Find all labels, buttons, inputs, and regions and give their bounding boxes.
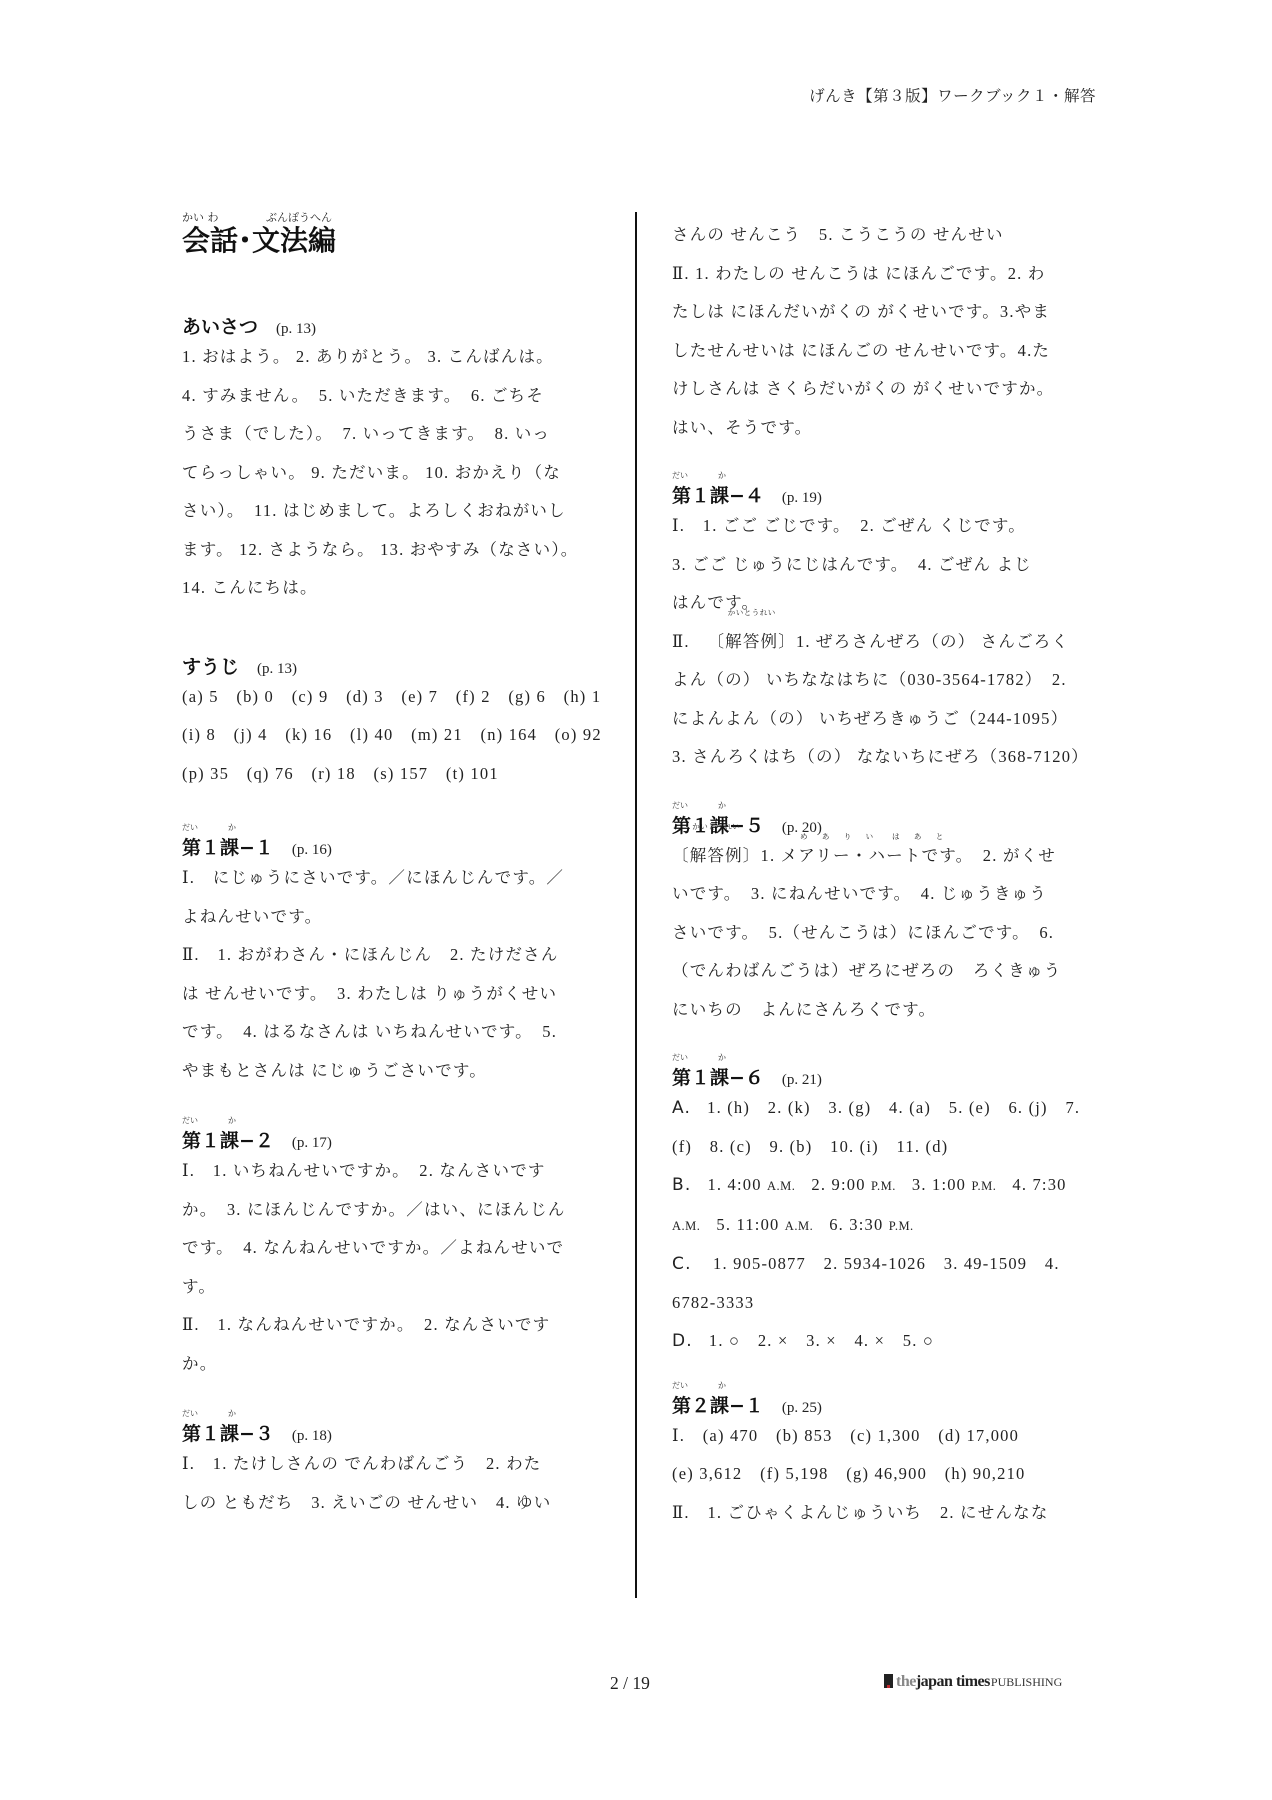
answer-line: はい、そうです。 (672, 409, 1092, 448)
furigana-dai: だい (182, 823, 198, 833)
section-heading: 第１課−２ (p. 17) (182, 1126, 602, 1152)
main-title-furigana: かい わ ぶんぽうへん (182, 212, 602, 224)
answer-text: かいとうれい〔解答例〕1. メアリー・ハートです。 2. がくせ め あ り い… (672, 837, 1092, 1030)
answer-line: C. 1. 905-0877 2. 5934-1026 3. 49-1509 4… (672, 1245, 1092, 1284)
logo-the: the (896, 1673, 916, 1691)
logo-japan-times: japan times (916, 1673, 990, 1691)
answer-line: Ⅰ. にじゅうにさいです。／にほんじんです。／ (182, 859, 602, 898)
answer-text: 1. おはよう。 2. ありがとう。 3. こんばんは。 4. すみません。 5… (182, 338, 602, 608)
furigana-ka: か (718, 1381, 726, 1391)
page-reference: (p. 19) (782, 490, 822, 507)
time-suffix: A.M. (767, 1179, 795, 1193)
furigana-dai: だい (672, 1053, 688, 1063)
answer-text: Ⅰ. 1. たけしさんの でんわばんごう 2. わた しの ともだち 3. えい… (182, 1445, 602, 1522)
answer-line: Ⅱ. 1. なんねんせいですか。 2. なんさいです (182, 1306, 602, 1345)
furigana-ka: か (228, 823, 236, 833)
answer-text: Ⅰ. 1. ごご ごじです。 2. ごぜん くじです。 3. ごご じゅうにじは… (672, 507, 1092, 777)
answer-line: (f) 8. (c) 9. (b) 10. (i) 11. (d) (672, 1128, 1092, 1167)
answer-line: か。 (182, 1345, 602, 1384)
answer-text: (a) 5 (b) 0 (c) 9 (d) 3 (e) 7 (f) 2 (g) … (182, 678, 602, 794)
answer-line: です。 4. はるなさんは いちねんせいです。 5. (182, 1013, 602, 1052)
furigana-bunpouhen: ぶんぽうへん (266, 212, 332, 224)
section-heading: 第１課−４ (p. 19) (672, 481, 1092, 507)
answer-line: かいとうれい〔解答例〕1. メアリー・ハートです。 2. がくせ め あ り い… (672, 837, 1092, 876)
answer-line: さい）。 11. はじめまして。よろしくおねがいし (182, 492, 602, 531)
section-title: あいさつ (182, 312, 258, 339)
section-title: 第１課−４ (672, 481, 764, 508)
page-number: 2 / 19 (610, 1673, 650, 1694)
answer-line: 14. こんにちは。 (182, 569, 602, 608)
answer-line: （でんわばんごうは）ぜろにぜろの ろくきゅう (672, 952, 1092, 991)
answer-line: (i) 8 (j) 4 (k) 16 (l) 40 (m) 21 (n) 164… (182, 716, 602, 755)
page-reference: (p. 13) (257, 661, 297, 678)
heading-furigana: だい か (672, 1381, 1092, 1391)
answer-line: B. 1. 4:00 A.M. 2. 9:00 P.M. 3. 1:00 P.M… (672, 1166, 1092, 1206)
answer-text: Ⅰ. (a) 470 (b) 853 (c) 1,300 (d) 17,000 … (672, 1417, 1092, 1533)
answer-line: よん（の） いちななはちに（030-3564-1782） 2. (672, 661, 1092, 700)
answer-line: にいちの よんにさんろくです。 (672, 991, 1092, 1030)
sample-answer-label: かいとうれい〔解答例〕 (707, 623, 796, 662)
answer-line: やまもとさんは にじゅうごさいです。 (182, 1052, 602, 1091)
label-text: 〔解答例〕 (707, 632, 796, 651)
answer-line: うさま（でした）。 7. いってきます。 8. いっ (182, 415, 602, 454)
left-column: かい わ ぶんぽうへん 会話･文法編 あいさつ (p. 13) 1. おはよう。… (182, 212, 602, 1522)
section-lesson1-1: だい か 第１課−１ (p. 16) Ⅰ. にじゅうにさいです。／にほんじんです… (182, 823, 602, 1090)
time-suffix: P.M. (871, 1179, 896, 1193)
label-text: 〔解答例〕 (672, 846, 761, 865)
answer-line: 4. すみません。 5. いただきます。 6. ごちそ (182, 377, 602, 416)
answer-line: しの ともだち 3. えいごの せんせい 4. ゆい (182, 1484, 602, 1523)
answer-line: Ⅰ. (a) 470 (b) 853 (c) 1,300 (d) 17,000 (672, 1417, 1092, 1456)
time-suffix: P.M. (889, 1219, 914, 1233)
heading-furigana: だい か (182, 1116, 602, 1126)
name-furigana-hart: は あ と (892, 833, 949, 841)
heading-furigana: だい か (672, 1053, 1092, 1063)
part-label-c: C. (672, 1254, 692, 1274)
section-suuji: すうじ (p. 13) (a) 5 (b) 0 (c) 9 (d) 3 (e) … (182, 652, 602, 794)
time-value: 4. 7:30 (1012, 1175, 1066, 1194)
answer-line: す。 (182, 1268, 602, 1307)
furigana-ka: か (228, 1116, 236, 1126)
answer-line: Ⅰ. 1. ごご ごじです。 2. ごぜん くじです。 (672, 507, 1092, 546)
main-title-block: かい わ ぶんぽうへん 会話･文法編 (182, 212, 602, 258)
heading-furigana: だい か (672, 801, 1092, 811)
section-title: 第１課−１ (182, 833, 274, 860)
section-heading: 第１課−６ (p. 21) (672, 1063, 1092, 1089)
answer-text-continued: さんの せんこう 5. こうこうの せんせい Ⅱ. 1. わたしの せんこうは … (672, 216, 1092, 447)
answer-text: A. 1. (h) 2. (k) 3. (g) 4. (a) 5. (e) 6.… (672, 1089, 1092, 1361)
time-value: 6. 3:30 (829, 1215, 883, 1234)
section-heading: 第１課−３ (p. 18) (182, 1419, 602, 1445)
answer-line: さんの せんこう 5. こうこうの せんせい (672, 216, 1092, 255)
answer-line: したせんせいは にほんごの せんせいです。4.た (672, 332, 1092, 371)
furigana-ka: か (718, 471, 726, 481)
label-furigana: かいとうれい (707, 609, 796, 617)
answer-line: か。 3. にほんじんですか。／はい、にほんじん (182, 1191, 602, 1230)
column-divider (635, 212, 637, 1598)
page-reference: (p. 25) (782, 1400, 822, 1417)
part-label-a: A. (672, 1098, 691, 1118)
publisher-logo: the japan times PUBLISHING (884, 1672, 1062, 1691)
answer-line: D. 1. ○ 2. × 3. × 4. × 5. ○ (672, 1322, 1092, 1361)
right-column: さんの せんこう 5. こうこうの せんせい Ⅱ. 1. わたしの せんこうは … (672, 216, 1092, 1532)
answer-segment: 1. ぜろさんぜろ（の） さんごろく (796, 632, 1069, 651)
furigana-dai: だい (182, 1116, 198, 1126)
time-value: 3. 1:00 (912, 1175, 966, 1194)
answer-segment: 1. 905-0877 2. 5934-1026 3. 49-1509 4. (713, 1254, 1060, 1273)
label-furigana: かいとうれい (672, 823, 761, 831)
answer-line: A. 1. (h) 2. (k) 3. (g) 4. (a) 5. (e) 6.… (672, 1089, 1092, 1128)
answer-line: 6782-3333 (672, 1284, 1092, 1323)
time-value: 1. 4:00 (707, 1175, 761, 1194)
answer-line: A.M. 5. 11:00 A.M. 6. 3:30 P.M. (672, 1206, 1092, 1246)
section-title: 第２課−１ (672, 1391, 764, 1418)
section-title: すうじ (182, 652, 239, 679)
answer-line: てらっしゃい。 9. ただいま。 10. おかえり（な (182, 454, 602, 493)
answer-line: (p) 35 (q) 76 (r) 18 (s) 157 (t) 101 (182, 755, 602, 794)
section-lesson1-5: だい か 第１課−５ (p. 20) かいとうれい〔解答例〕1. メアリー・ハー… (672, 801, 1092, 1030)
answer-segment: 1. (h) 2. (k) 3. (g) 4. (a) 5. (e) 6. (j… (707, 1098, 1080, 1117)
heading-furigana: だい か (672, 471, 1092, 481)
answer-line: 1. おはよう。 2. ありがとう。 3. こんばんは。 (182, 338, 602, 377)
heading-furigana: だい か (182, 823, 602, 833)
section-title: 第１課−６ (672, 1063, 764, 1090)
section-lesson2-1: だい か 第２課−１ (p. 25) Ⅰ. (a) 470 (b) 853 (c… (672, 1381, 1092, 1533)
time-value: 5. 11:00 (716, 1215, 779, 1234)
answer-text: Ⅰ. にじゅうにさいです。／にほんじんです。／ よねんせいです。 Ⅱ. 1. お… (182, 859, 602, 1090)
time-suffix: P.M. (971, 1179, 996, 1193)
answer-line: はんです。 (672, 584, 1092, 623)
name-furigana-mary: め あ り い (800, 833, 879, 841)
section-heading: すうじ (p. 13) (182, 652, 602, 678)
furigana-kaiwa: かい わ (182, 212, 219, 224)
answer-line: は せんせいです。 3. わたしは りゅうがくせい (182, 975, 602, 1014)
furigana-dai: だい (182, 1409, 198, 1419)
section-lesson1-6: だい か 第１課−６ (p. 21) A. 1. (h) 2. (k) 3. (… (672, 1053, 1092, 1361)
furigana-ka: か (718, 1053, 726, 1063)
answer-line: けしさんは さくらだいがくの がくせいですか。 (672, 370, 1092, 409)
answer-line: (e) 3,612 (f) 5,198 (g) 46,900 (h) 90,21… (672, 1455, 1092, 1494)
time-suffix: A.M. (672, 1219, 700, 1233)
answer-line: ます。 12. さようなら。 13. おやすみ（なさい）。 (182, 531, 602, 570)
time-suffix: A.M. (785, 1219, 813, 1233)
part-label-b: B. (672, 1175, 691, 1195)
answer-line: たしは にほんだいがくの がくせいです。3.やま (672, 293, 1092, 332)
section-title: 第１課−３ (182, 1419, 274, 1446)
main-title: 会話･文法編 (182, 224, 602, 258)
answer-line: Ⅱ. 1. おがわさん・にほんじん 2. たけださん (182, 936, 602, 975)
door-logo-icon (884, 1674, 893, 1688)
answer-line: 3. さんろくはち（の） なないちにぜろ（368-7120） (672, 738, 1092, 777)
answer-line: よねんせいです。 (182, 898, 602, 937)
heading-furigana: だい か (182, 1409, 602, 1419)
answer-line: Ⅱ. 1. わたしの せんこうは にほんごです。2. わ (672, 255, 1092, 294)
answer-line: です。 4. なんねんせいですか。／よねんせいで (182, 1229, 602, 1268)
answer-line: Ⅰ. 1. いちねんせいですか。 2. なんさいです (182, 1152, 602, 1191)
time-value: 2. 9:00 (811, 1175, 865, 1194)
part-label-d: D. (672, 1331, 693, 1351)
section-lesson1-4: だい か 第１課−４ (p. 19) Ⅰ. 1. ごご ごじです。 2. ごぜん… (672, 471, 1092, 777)
furigana-ka: か (228, 1409, 236, 1419)
furigana-dai: だい (672, 801, 688, 811)
section-lesson1-3: だい か 第１課−３ (p. 18) Ⅰ. 1. たけしさんの でんわばんごう … (182, 1409, 602, 1522)
page-reference: (p. 21) (782, 1072, 822, 1089)
furigana-dai: だい (672, 471, 688, 481)
answer-line: さいです。 5.（せんこうは）にほんごです。 6. (672, 914, 1092, 953)
answer-text: Ⅰ. 1. いちねんせいですか。 2. なんさいです か。 3. にほんじんです… (182, 1152, 602, 1383)
page-reference: (p. 17) (292, 1135, 332, 1152)
section-aisatsu: あいさつ (p. 13) 1. おはよう。 2. ありがとう。 3. こんばんは… (182, 312, 602, 608)
answer-segment: 1. メアリー・ハートです。 2. がくせ (761, 846, 1056, 865)
answer-line: 3. ごご じゅうにじはんです。 4. ごぜん よじ (672, 546, 1092, 585)
section-heading: あいさつ (p. 13) (182, 312, 602, 338)
answer-line: によんよん（の） いちぜろきゅうご（244-1095） (672, 700, 1092, 739)
answer-line: Ⅰ. 1. たけしさんの でんわばんごう 2. わた (182, 1445, 602, 1484)
page-reference: (p. 18) (292, 1428, 332, 1445)
answer-line: Ⅱ. 1. ごひゃくよんじゅういち 2. にせんなな (672, 1494, 1092, 1533)
section-heading: 第２課−１ (p. 25) (672, 1391, 1092, 1417)
sample-answer-label: かいとうれい〔解答例〕 (672, 837, 761, 876)
furigana-dai: だい (672, 1381, 688, 1391)
answer-line: いです。 3. にねんせいです。 4. じゅうきゅう (672, 875, 1092, 914)
logo-publishing: PUBLISHING (991, 1675, 1062, 1690)
section-title: 第１課−２ (182, 1126, 274, 1153)
section-heading: 第１課−１ (p. 16) (182, 833, 602, 859)
answer-line: Ⅱ. かいとうれい〔解答例〕1. ぜろさんぜろ（の） さんごろく (672, 623, 1092, 662)
page-reference: (p. 13) (276, 321, 316, 338)
answer-line: (a) 5 (b) 0 (c) 9 (d) 3 (e) 7 (f) 2 (g) … (182, 678, 602, 717)
part-label: Ⅱ. (672, 632, 707, 651)
page-reference: (p. 16) (292, 842, 332, 859)
section-lesson1-2: だい か 第１課−２ (p. 17) Ⅰ. 1. いちねんせいですか。 2. な… (182, 1116, 602, 1383)
answer-segment: 1. ○ 2. × 3. × 4. × 5. ○ (709, 1331, 934, 1350)
furigana-ka: か (718, 801, 726, 811)
running-header: げんき【第３版】ワークブック１・解答 (809, 84, 1096, 106)
